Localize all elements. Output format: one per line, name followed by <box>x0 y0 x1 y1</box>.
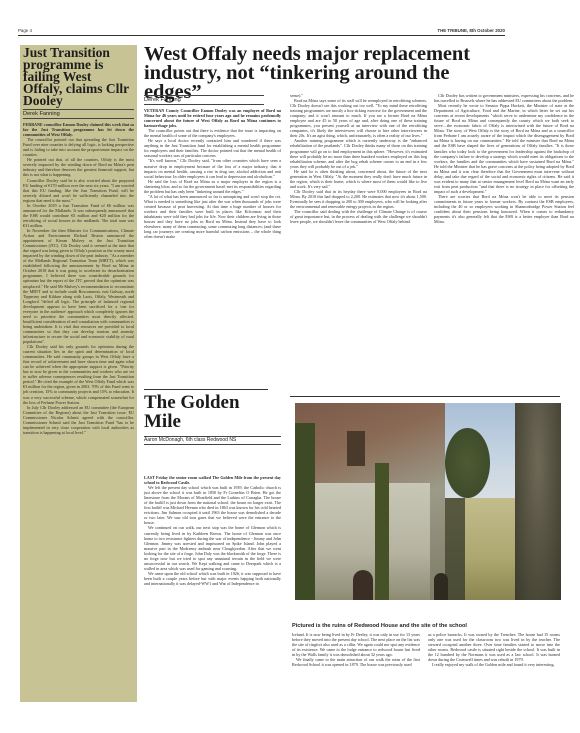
main-paragraph: Another training programme which is curr… <box>290 138 427 168</box>
sidebar-paragraph: He pointed out that, of all the counties… <box>23 157 134 177</box>
page-number: Page 4 <box>18 28 32 33</box>
main-byline: Derek Fanning <box>144 95 264 105</box>
main-paragraph: "It's well known," Cllr Dooley said, "fr… <box>144 158 281 178</box>
sidebar-article: Just Transition programme is failing Wes… <box>20 45 137 702</box>
sidebar-paragraph: In October 2019 a Just Transition Fund o… <box>23 203 134 228</box>
golden-paragraph: as a police barracks. It was owned by th… <box>428 632 560 662</box>
golden-mile-column-2: Ireland. It is now being lived in by Fr … <box>292 632 420 667</box>
golden-paragraph: Ireland. It is now being lived in by Fr … <box>292 632 420 657</box>
golden-paragraph: We came upon the old school which was bu… <box>144 571 281 586</box>
sidebar-paragraph: The councillor pointed out that spreadin… <box>23 137 134 157</box>
golden-paragraph: We continued on our walk, our next stop … <box>144 525 281 570</box>
main-paragraph: "A lot of what has been announced so far… <box>144 194 281 239</box>
section-divider <box>144 389 268 390</box>
sidebar-body: FERBANE councillor Eamon Dooley claimed … <box>23 122 134 435</box>
golden-paragraph: We finally came to the main attraction o… <box>292 657 420 667</box>
sidebar-paragraph: In July Cllr Dooley addressed an EU comm… <box>23 405 134 435</box>
sidebar-headline: Just Transition programme is failing Wes… <box>23 47 134 107</box>
main-paragraph: Most recently he wrote to Senator Pippa … <box>434 103 574 194</box>
sidebar-paragraph: FERBANE councillor Eamon Dooley claimed … <box>23 122 134 137</box>
main-paragraph: Bord na Móna says some of its staff will… <box>290 98 427 138</box>
page-header: Page 4 THE TRIBUNE, 8th October 2020 <box>18 28 505 36</box>
main-paragraph: He said the loss of Bord na Móna as a ma… <box>144 179 281 194</box>
header-rule <box>18 35 505 36</box>
main-paragraph: The councillor points out that there is … <box>144 128 281 138</box>
golden-mile-byline: Aaron McDonagh, 6th class Redwood NS <box>144 436 281 445</box>
main-paragraph: He said he is often thinking about, conc… <box>290 169 427 189</box>
golden-mile-column-1: LAST Friday the senior room walked The G… <box>144 475 281 586</box>
golden-paragraph: LAST Friday the senior room walked The G… <box>144 475 281 485</box>
main-article-column-1: Derek Fanning VETERAN County Councillor … <box>144 93 281 239</box>
sidebar-byline: Derek Fanning <box>23 109 134 119</box>
main-paragraph: Cllr Dooley has written to government mi… <box>434 93 574 103</box>
sidebar-paragraph: Cllr Dooley said his only grounds for op… <box>23 344 134 405</box>
main-paragraph: VETERAN County Councillor Eamon Dooley w… <box>144 108 281 128</box>
golden-paragraph: We left the present day school which was… <box>144 485 281 525</box>
section-divider <box>290 396 560 397</box>
sidebar-paragraph: Councillor Dooley said he is also worrie… <box>23 178 134 203</box>
main-paragraph: He says a local doctor recently contacte… <box>144 138 281 158</box>
photo-caption: Pictured is the ruins of Redwood House a… <box>292 623 562 629</box>
main-paragraph: There are worries that Bord na Móna won'… <box>434 194 574 224</box>
golden-mile-header: The Golden Mile Aaron McDonagh, 6th clas… <box>144 393 281 448</box>
main-paragraph: Cllr Dooley said that in its heyday ther… <box>290 189 427 209</box>
main-article-column-2: sense)." Bord na Móna says some of its s… <box>290 93 427 224</box>
sidebar-paragraph: In November the then Minister for Commun… <box>23 228 134 344</box>
golden-mile-headline: The Golden Mile <box>144 393 281 431</box>
golden-mile-column-3: as a police barracks. It was owned by th… <box>428 632 560 667</box>
golden-paragraph: I really enjoyed my walk of the Golden m… <box>428 662 560 667</box>
publication-date: THE TRIBUNE, 8th October 2020 <box>437 28 505 33</box>
main-paragraph: The councillor said dealing with the cha… <box>290 209 427 224</box>
redwood-ruins-photo <box>295 403 561 600</box>
main-article-column-3: Cllr Dooley has written to government mi… <box>434 93 574 224</box>
